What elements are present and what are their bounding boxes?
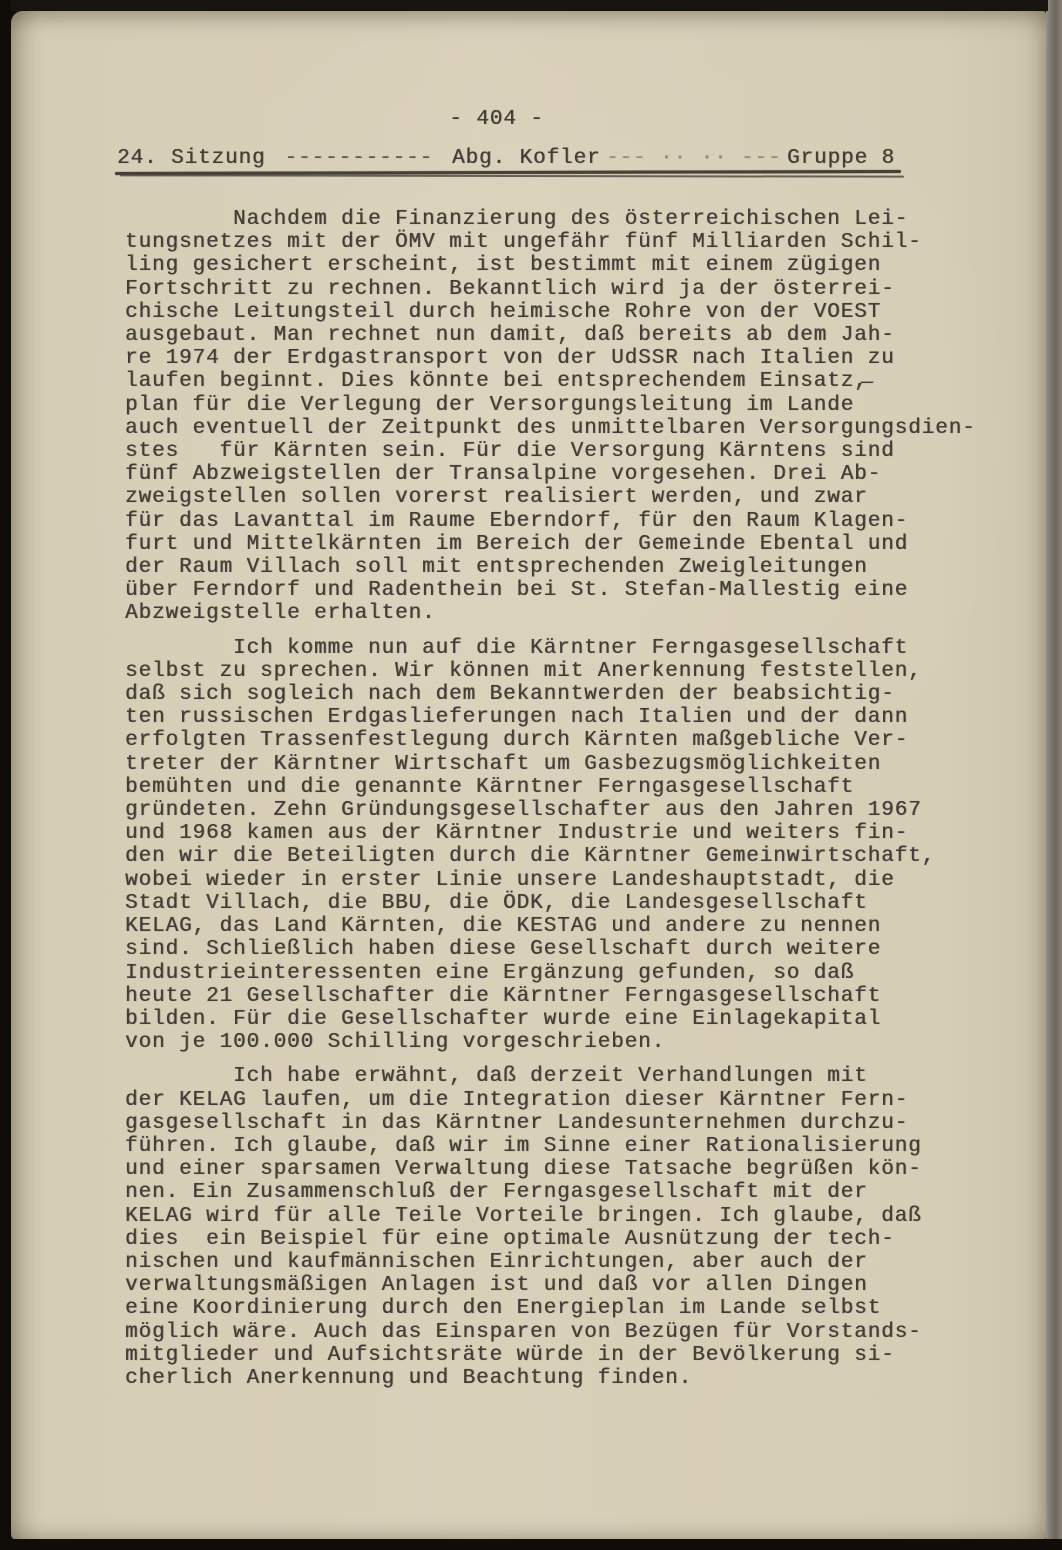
film-border-bottom: [0, 1539, 1062, 1550]
paragraph-3: Ich habe erwähnt, daß derzeit Verhandlun…: [125, 1065, 1046, 1390]
page-header: 24. Sitzung ----------- Abg. Kofler --- …: [117, 147, 895, 170]
page-edge-shadow: [1046, 0, 1062, 1550]
scanned-document-photo: - 404 - 24. Sitzung ----------- Abg. Kof…: [0, 0, 1062, 1550]
header-underline: [115, 170, 901, 178]
page-number: - 404 -: [0, 108, 1014, 131]
document-page: - 404 - 24. Sitzung ----------- Abg. Kof…: [11, 11, 1046, 1540]
header-dash-fill: -----------: [266, 147, 452, 170]
header-speaker-label: Abg. Kofler: [452, 147, 601, 170]
header-underline-stroke-2: [120, 174, 904, 177]
header-session-label: 24. Sitzung: [117, 147, 266, 170]
film-border-top: [0, 0, 1048, 11]
header-dot-fill: --- ·· ·· ---: [601, 147, 787, 170]
paragraph-2: Ich komme nun auf die Kärntner Ferngasge…: [125, 637, 1046, 1055]
paragraph-1: Nachdem die Finanzierung des österreichi…: [125, 208, 1046, 626]
document-body: Nachdem die Finanzierung des österreichi…: [125, 208, 1046, 1390]
header-group-label: Gruppe 8: [787, 147, 895, 170]
film-border-left: [0, 0, 11, 1550]
